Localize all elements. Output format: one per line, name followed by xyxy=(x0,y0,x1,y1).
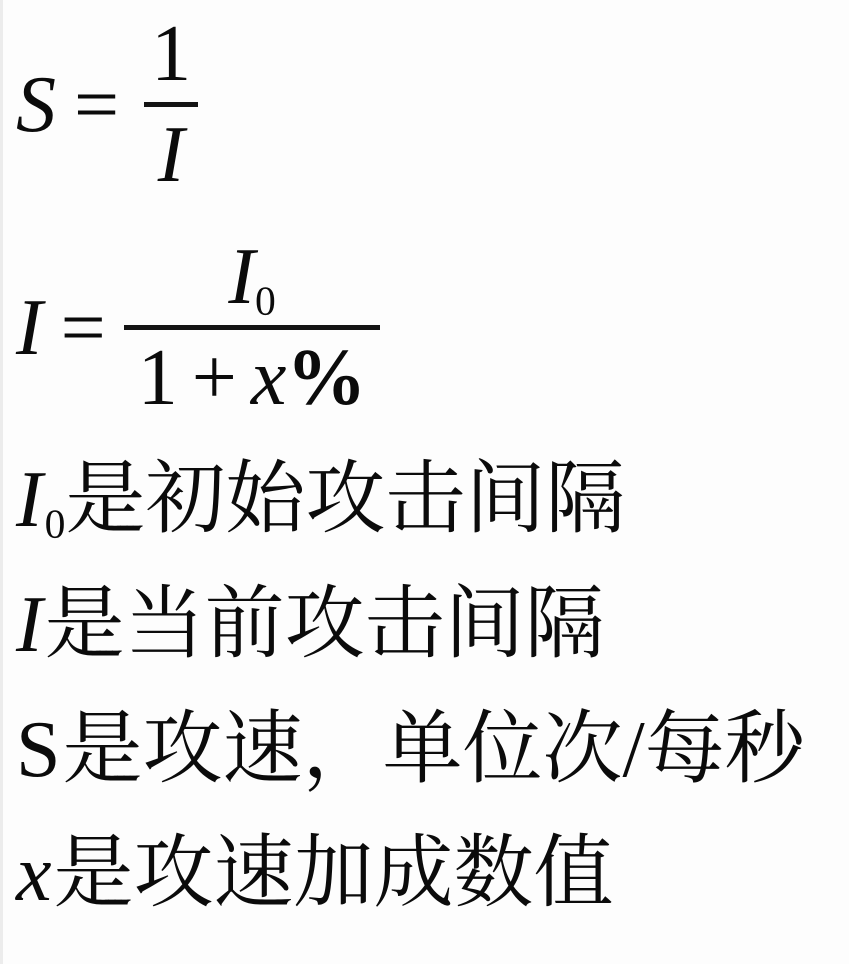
definition-attack-speed-bonus: x是攻速加成数值 xyxy=(16,812,849,937)
percent-sign: % xyxy=(286,334,366,422)
variable-x: x xyxy=(16,830,54,918)
variable-s: S xyxy=(16,59,56,151)
variable-i0-base: I xyxy=(228,233,255,321)
fraction-numerator: I0 xyxy=(214,231,289,325)
formula-notes-page: S = 1 I I = I0 1+x% I0是初始攻击间隔 I是当前攻击间隔 S… xyxy=(0,0,849,964)
formula-attack-speed: S = 1 I xyxy=(16,8,849,201)
fraction-i0-over-1-plus-x-percent: I0 1+x% xyxy=(124,231,381,424)
definition-text: 是初始攻击间隔 xyxy=(65,456,625,544)
definition-attack-speed: S是攻速，单位次/每秒 xyxy=(16,688,849,813)
definition-text: 是当前攻击间隔 xyxy=(45,581,605,669)
subscript-zero: 0 xyxy=(45,501,66,547)
fraction-denominator: I xyxy=(144,102,199,201)
definition-text: 是攻速加成数值 xyxy=(54,830,614,918)
fraction-one-over-i: 1 I xyxy=(137,8,205,201)
variable-x: x xyxy=(251,334,287,422)
variable-i0: I xyxy=(16,456,45,544)
fraction-denominator: 1+x% xyxy=(124,325,381,424)
equals-sign: = xyxy=(61,282,106,374)
equals-sign: = xyxy=(74,59,119,151)
plus-sign: + xyxy=(192,334,237,422)
fraction-numerator: 1 xyxy=(137,8,205,102)
definition-initial-attack-interval: I0是初始攻击间隔 xyxy=(16,438,849,563)
definition-text: 是攻速，单位次/每秒 xyxy=(63,706,805,794)
subscript-zero: 0 xyxy=(255,278,276,324)
variable-s-upright: S xyxy=(16,706,63,794)
definition-list: I0是初始攻击间隔 I是当前攻击间隔 S是攻速，单位次/每秒 x是攻速加成数值 xyxy=(16,438,849,937)
variable-i: I xyxy=(16,581,45,669)
variable-i: I xyxy=(16,282,43,374)
formula-attack-interval: I = I0 1+x% xyxy=(16,231,849,424)
definition-current-attack-interval: I是当前攻击间隔 xyxy=(16,563,849,688)
constant-one: 1 xyxy=(138,334,178,422)
